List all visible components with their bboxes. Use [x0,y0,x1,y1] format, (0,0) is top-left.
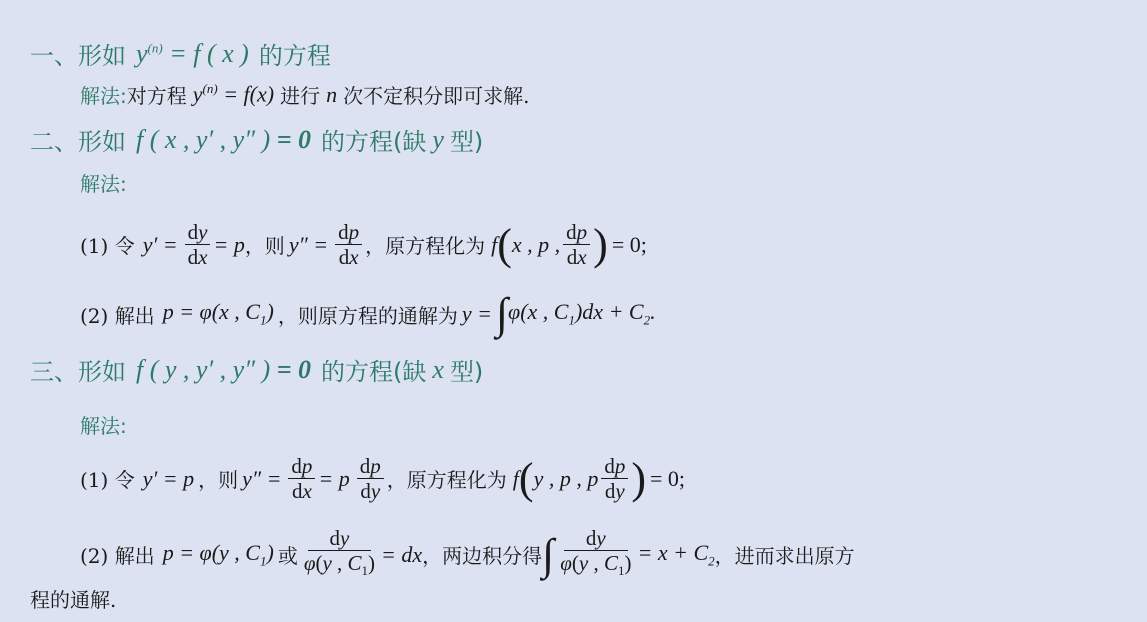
step-text: = 0; [612,232,647,258]
math-expression: y″ = [289,232,328,258]
math-expression: y′ = [143,232,178,258]
section-2-step-2: (2) 解出 p = φ(x , C1) ，则原方程的通解为 y = ∫ φ(x… [80,294,656,334]
math-expression: φ(x , C1)dx + C2. [508,299,656,328]
missing-variable: x [432,355,444,385]
section-2-step-1: (1) 令 y′ = dydx = p ，则 y″ = dpdx ，原方程化为 … [80,220,647,269]
math-expression: p = φ(y , C1) [163,540,274,569]
integral-sign: ∫ [542,535,554,575]
fraction-dp-dx: dpdx [335,220,362,269]
section-2-title-type: 型) [450,122,483,157]
math-expression: p = φ(x , C1) [163,299,274,328]
fraction-dp-dx: dpdx [288,454,315,503]
section-2-title-prefix: 二、形如 [30,122,126,157]
step-text: = 0; [650,466,685,492]
math-expression: y(n) = f(x) [193,81,274,107]
step-text: ，原方程化为 [387,464,507,493]
math-expression: = dx [381,542,422,568]
section-3-method-label: 解法: [80,410,127,439]
math-expression: = p [318,466,349,492]
section-3-step-2: (2) 解出 p = φ(y , C1) 或 dyφ(y , C1) = dx … [80,526,855,583]
section-2-title-suffix: 的方程(缺 [321,122,426,157]
step-text: (2) 解出 [80,300,155,329]
section-3-heading: 三、形如 f ( y , y′ , y″ ) = 0 的方程(缺 x 型) [30,352,483,387]
step-text: (1) 令 [80,230,135,259]
section-2-heading: 二、形如 f ( x , y′ , y″ ) = 0 的方程(缺 y 型) [30,122,483,157]
right-paren: ) [631,459,646,499]
section-1-title-math: y(n) = f ( x ) [136,39,249,69]
math-expression: = x + C2 [637,540,714,569]
math-n: n [326,82,337,108]
section-1-method: 解法: 对方程 y(n) = f(x) 进行 n 次不定积分即可求解. [80,80,529,109]
method-label: 解法: [80,410,127,439]
section-3-title-math: f ( y , y′ , y″ ) = 0 [136,355,311,385]
step-text: ，则 [198,464,238,493]
section-1-heading: 一、形如 y(n) = f ( x ) 的方程 [30,36,331,71]
step-text: ，两边积分得 [422,540,542,569]
fraction-dy-phi: dyφ(y , C1) [557,526,634,583]
section-2-title-math: f ( x , y′ , y″ ) = 0 [136,125,311,155]
left-paren: ( [519,459,534,499]
fraction-dp-dy: dpdy [357,454,384,503]
section-3-step-2-continuation: 程的通解. [30,584,116,613]
section-3-step-1: (1) 令 y′ = p ，则 y″ = dpdx = p dpdy ，原方程化… [80,454,685,503]
fraction-dy-dx: dydx [185,220,211,269]
step-text: 或 [278,540,298,569]
math-expression: y = [462,301,492,327]
method-label: 解法: [80,168,127,197]
section-1-title-prefix: 一、形如 [30,36,126,71]
section-3-title-type: 型) [450,352,483,387]
method-text: 进行 [280,80,320,109]
step-text: (1) 令 [80,464,135,493]
math-expression: y′ = p [143,466,194,492]
math-expression: y″ = [242,466,281,492]
step-text: ，则原方程的通解为 [278,300,458,329]
step-text: (2) 解出 [80,540,155,569]
step-text: ，进而求出原方 [715,540,855,569]
missing-variable: y [432,125,444,155]
fraction-dp-dx: dpdx [563,220,590,269]
method-label: 解法: [80,80,127,109]
left-paren: ( [497,225,512,265]
section-3-title-prefix: 三、形如 [30,352,126,387]
integral-sign: ∫ [496,294,508,334]
step-text: ，则 [245,230,285,259]
section-2-method-label: 解法: [80,168,127,197]
math-expression: x , p , [512,232,560,258]
section-1-title-suffix: 的方程 [259,36,331,71]
step-text: ，原方程化为 [365,230,485,259]
math-expression: = p [213,232,244,258]
method-text: 次不定积分即可求解. [343,80,529,109]
math-expression: y , p , p [534,466,599,492]
method-text: 对方程 [127,80,187,109]
right-paren: ) [593,225,608,265]
step-text: 程的通解. [30,584,116,613]
fraction-dp-dy: dpdy [601,454,628,503]
section-3-title-suffix: 的方程(缺 [321,352,426,387]
fraction-dy-phi: dyφ(y , C1) [301,526,378,583]
